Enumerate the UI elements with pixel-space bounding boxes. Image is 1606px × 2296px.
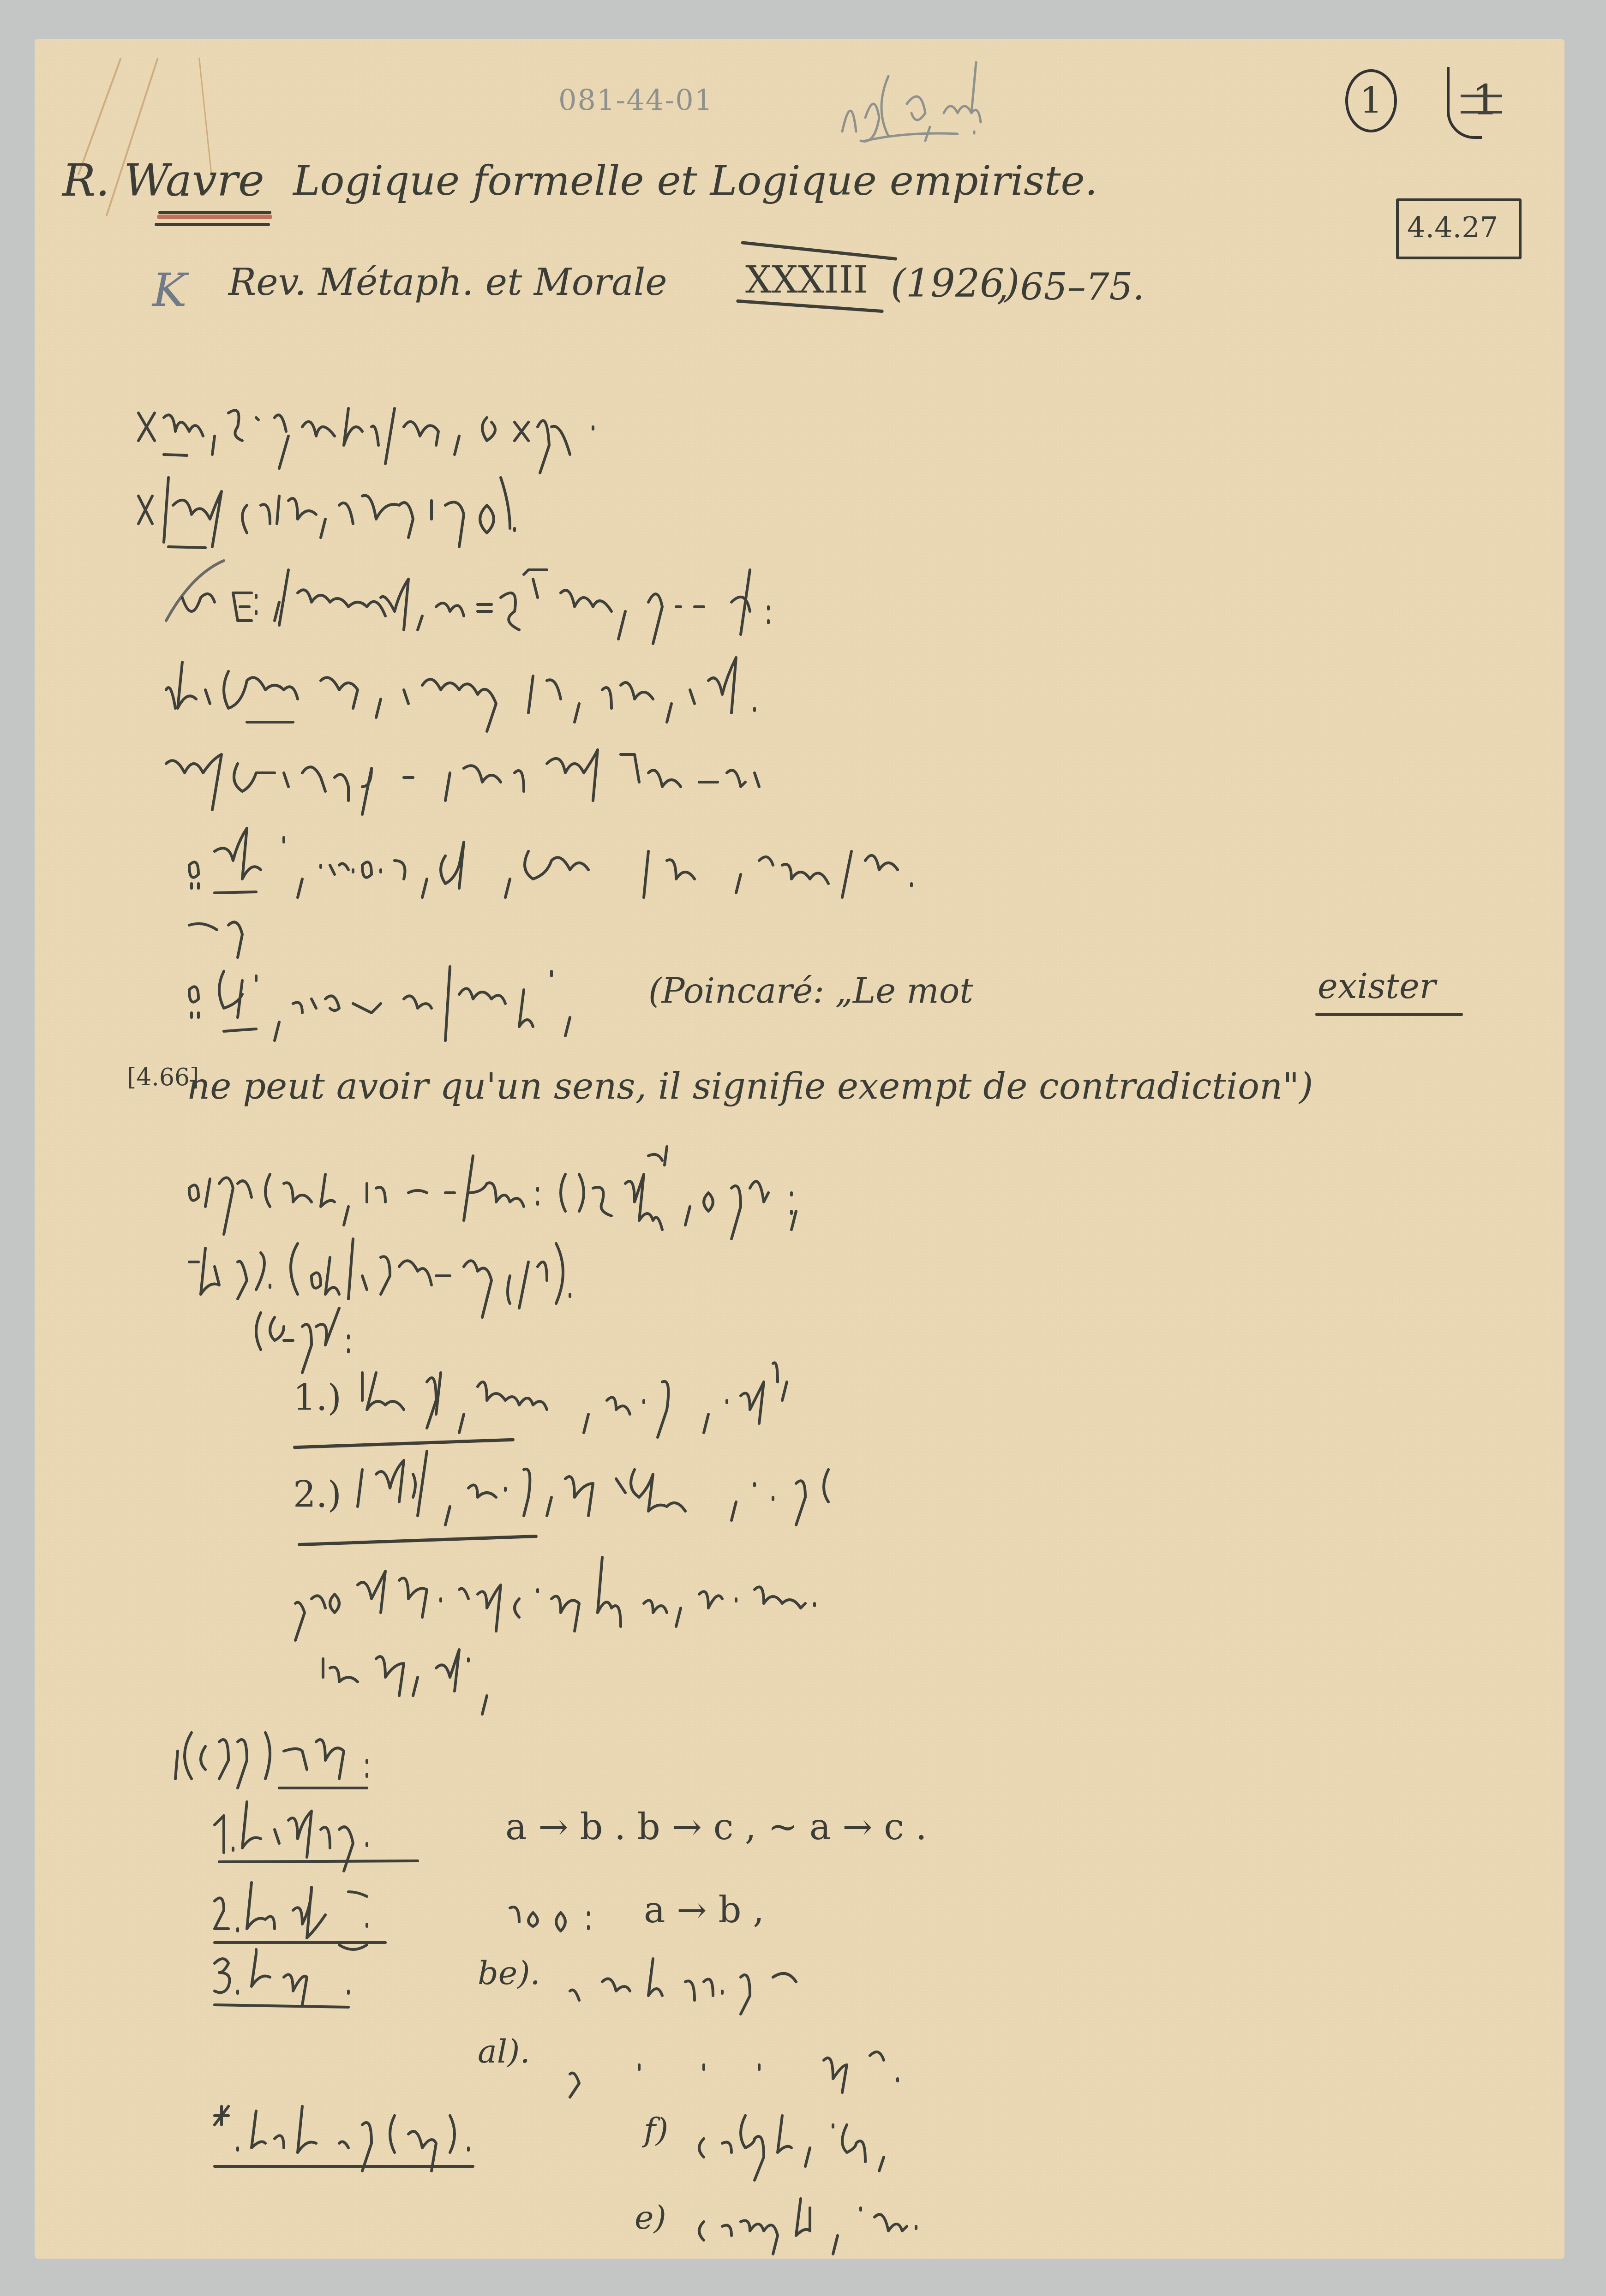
list-b-item-1-label — [210, 1793, 468, 1871]
pencil-shorthand-note — [838, 62, 1267, 141]
shorthand-line-5 — [164, 736, 1525, 828]
shorthand-line-3 — [164, 561, 1410, 653]
date-box: 4.4.27 — [1396, 198, 1522, 259]
list-b-item-3-sub-al-shorthand — [565, 2033, 1027, 2097]
list-a-item-2-number: 2.) — [293, 1474, 342, 1516]
quote-word-exister: exister — [1318, 967, 1436, 1006]
archive-id: 081-44-01 — [558, 83, 713, 117]
struck-page-number: 1 — [1447, 67, 1502, 141]
list-b-item-3-sub-al: al). — [478, 2033, 530, 2070]
journal-name: Rev. Métaph. et Morale — [228, 261, 667, 304]
poincare-quote-start: (Poincaré: „Le mot — [648, 971, 973, 1011]
page-range: , 65–75. — [997, 265, 1145, 308]
manuscript-page: 081-44-01 1 1 4.4.27 R. Wavre Logique fo… — [35, 39, 1564, 2259]
transitivity-formula: a → b . b → c , ~ a → c . — [505, 1806, 927, 1848]
list-b-item-2-shorthand — [505, 1885, 644, 1940]
list-a-item-1-shorthand — [358, 1354, 1234, 1447]
article-title: Logique formelle et Logique empiriste. — [293, 157, 1098, 204]
shorthand-line-1 — [136, 399, 1013, 468]
underline — [155, 223, 270, 226]
list-a-item-2-shorthand — [358, 1442, 1465, 1534]
list-b-heading — [173, 1714, 542, 1797]
shorthand-line-2 — [136, 468, 1151, 561]
list-b-item-4-sub-e-shorthand — [699, 2180, 1161, 2259]
author-name: R. Wavre — [62, 155, 264, 206]
list-b-item-3-label — [210, 1940, 441, 2014]
list-b-item-4-sub-e: e) — [635, 2199, 666, 2236]
overline — [741, 241, 898, 261]
list-a-continuation-2 — [321, 1631, 875, 1714]
volume-number: XXXIII — [745, 258, 868, 301]
underline — [298, 1535, 538, 1546]
shorthand-line-4 — [164, 653, 1525, 741]
shorthand-line-6 — [187, 824, 1433, 916]
list-a-item-1-number: 1.) — [293, 1377, 342, 1419]
circled-page-number: 1 — [1345, 69, 1397, 132]
list-b-item-3-sub-be-shorthand — [565, 1949, 1027, 2014]
list-b-item-4-sub-f: f) — [644, 2111, 668, 2149]
shorthand-line-7 — [187, 907, 325, 957]
underline — [1315, 1013, 1463, 1016]
red-underline — [157, 215, 272, 219]
implication-formula: a → b , — [644, 1889, 764, 1931]
list-b-item-3-sub-be: be). — [478, 1954, 540, 1992]
poincare-quote-continued: ne peut avoir qu'un sens, il signifie ex… — [187, 1066, 1313, 1107]
list-a-continuation-1 — [293, 1548, 1401, 1640]
underline — [158, 211, 271, 214]
list-b-item-4-label — [210, 2097, 579, 2176]
underline — [736, 299, 884, 313]
margin-mark-k: K — [152, 263, 187, 317]
list-b-item-4-sub-f-shorthand — [699, 2097, 1161, 2176]
